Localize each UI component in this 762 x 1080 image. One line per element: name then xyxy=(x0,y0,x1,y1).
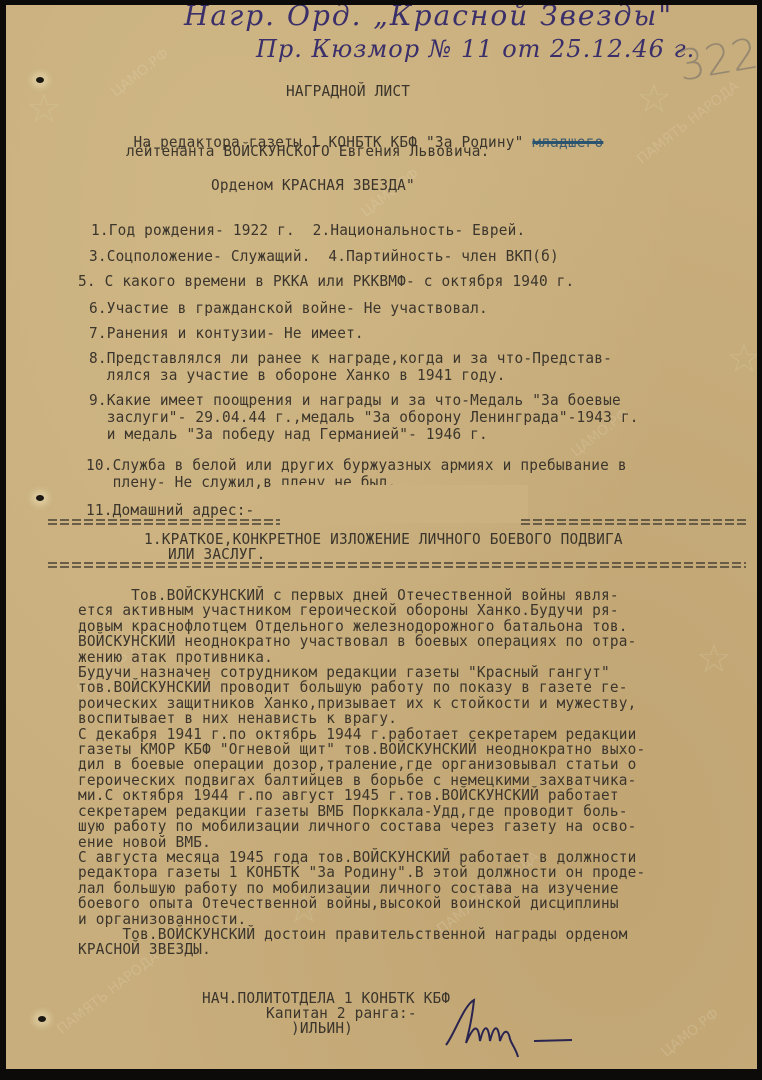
field-previous-nominations: 8.Представлялся ли ранее к награде,когда… xyxy=(89,350,612,384)
award-sheet-page: ЦАМО.РФ ЦАМО.РФ ПАМЯТЬ НАРОДА ЦАМО.РФ ПА… xyxy=(6,5,757,1069)
field-service-start: 5. С какого времени в РККА или РККВМФ- с… xyxy=(78,273,574,290)
divider xyxy=(521,519,746,525)
handwritten-signature xyxy=(444,995,584,1065)
field-home-address: 11.Домашний адрес:- xyxy=(86,502,254,519)
punch-hole xyxy=(38,1016,46,1022)
redacted-address xyxy=(280,485,528,523)
star-watermark-icon: ☆ xyxy=(726,335,757,382)
merit-description: Тов.ВОЙСКУНСКИЙ с первых дней Отечествен… xyxy=(78,588,645,958)
punch-hole xyxy=(36,77,44,83)
punch-hole xyxy=(36,495,44,501)
divider xyxy=(48,562,746,568)
document-title: НАГРАДНОЙ ЛИСТ xyxy=(286,83,410,100)
handwritten-award-note: Нагр. Орд. „Красной Звезды" xyxy=(184,5,673,32)
field-civil-war: 6.Участие в гражданской войне- Не участв… xyxy=(89,300,488,317)
section-heading-cont: ИЛИ ЗАСЛУГ. xyxy=(168,546,266,563)
watermark: ПАМЯТЬ НАРОДА xyxy=(54,948,162,1037)
award-name: Орденом КРАСНАЯ ЗВЕЗДА" xyxy=(211,177,415,194)
watermark: ЦАМО.РФ xyxy=(658,1006,722,1061)
star-watermark-icon: ☆ xyxy=(26,85,62,132)
signatory-name: )ИЛЬИН) xyxy=(291,1020,353,1037)
field-birth-nationality: 1.Год рождения- 1922 г. 2.Национальность… xyxy=(91,222,525,239)
star-watermark-icon: ☆ xyxy=(696,635,732,682)
star-watermark-icon: ☆ xyxy=(636,75,672,122)
field-social-party: 3.Соцположение- Служащий. 4.Партийность-… xyxy=(89,248,559,265)
divider xyxy=(48,519,280,525)
field-awards: 9.Какие имеет поощрения и награды и за ч… xyxy=(89,392,639,443)
field-wounds: 7.Ранения и контузии- Не имеет. xyxy=(89,325,364,342)
struck-out-rank: младшего xyxy=(532,133,603,151)
handwritten-order-reference: Пр. Кюзмор № 11 от 25.12.46 г. xyxy=(256,35,695,63)
watermark: ЦАМО.РФ xyxy=(108,46,172,101)
recipient-name: лейтенанта ВОЙСКУНСКОГО Евгения Львовича… xyxy=(126,143,489,160)
